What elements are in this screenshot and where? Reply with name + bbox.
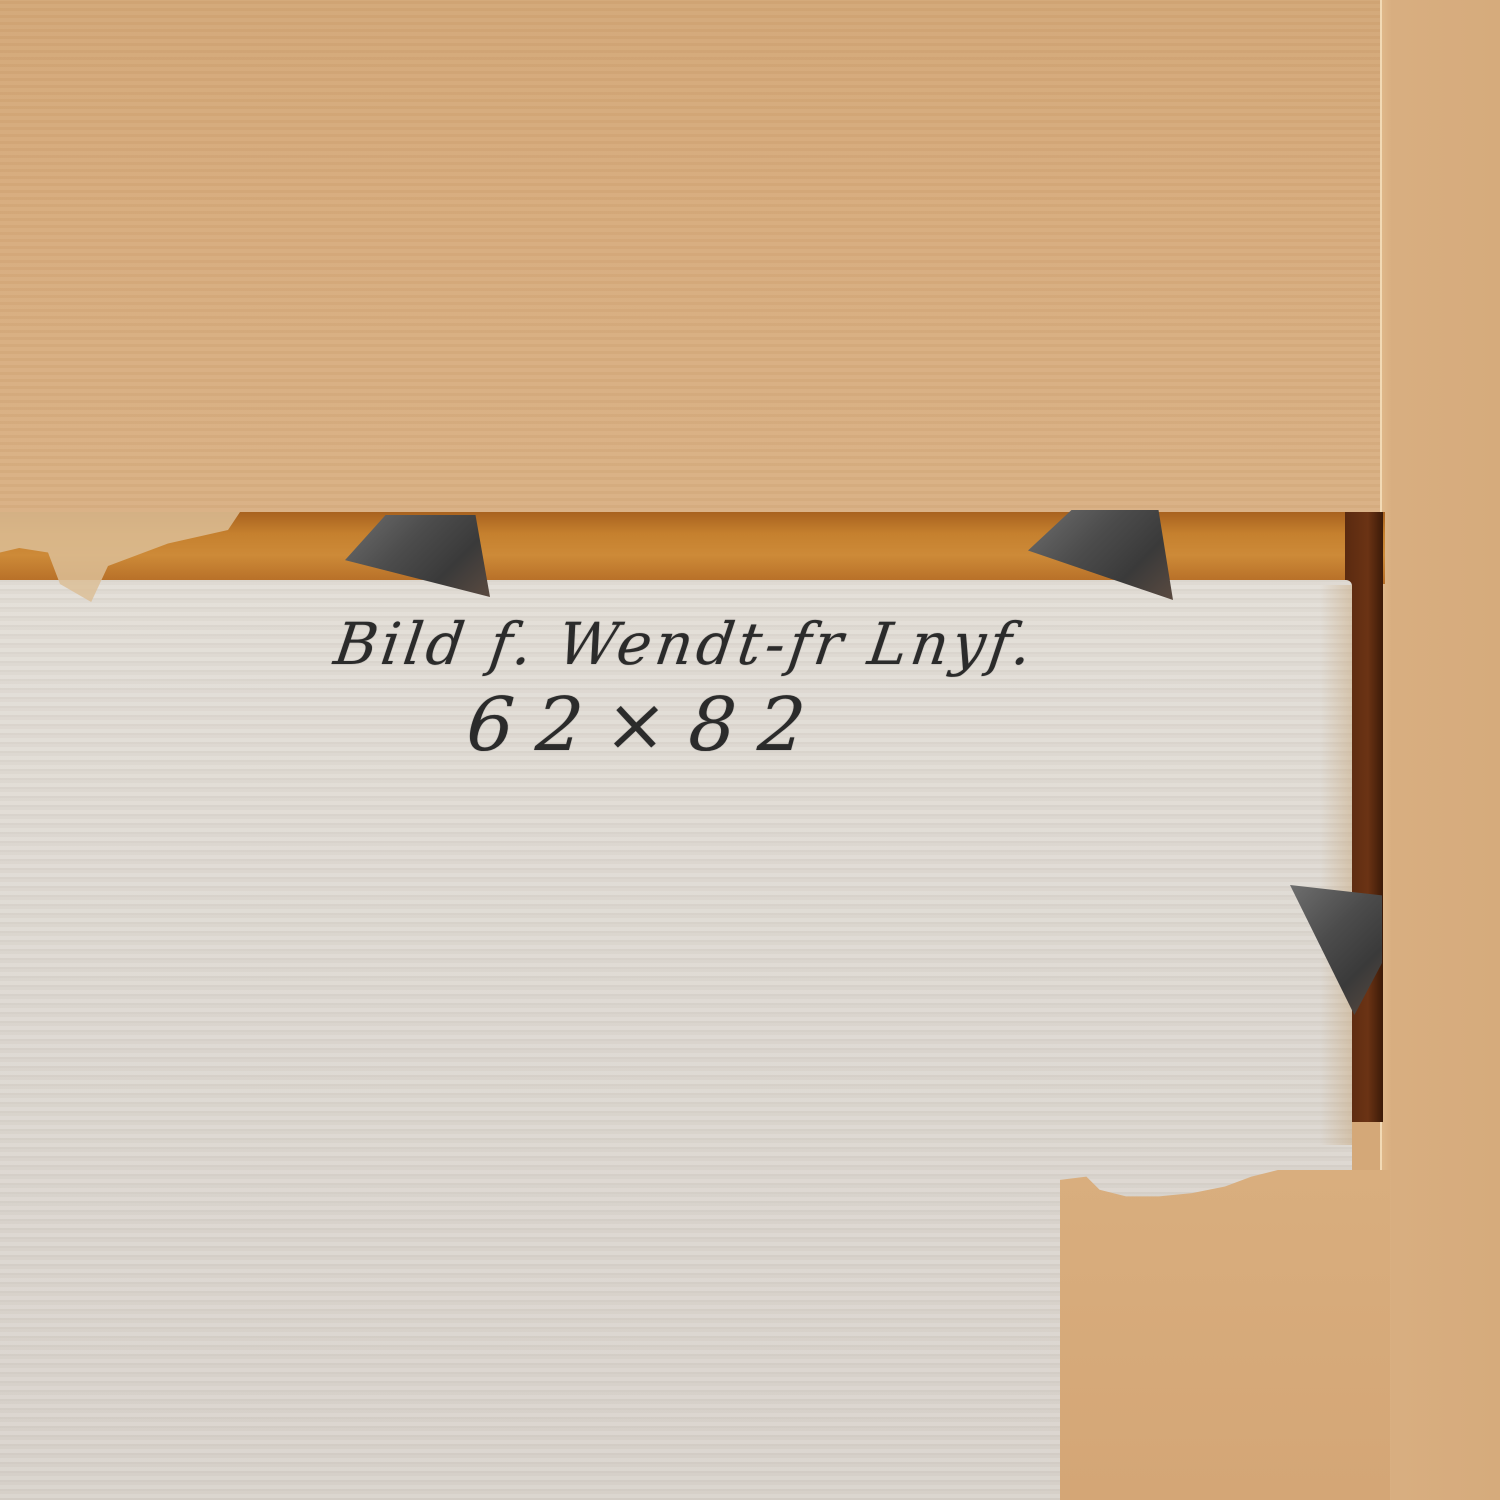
board-edge [1320, 585, 1352, 1145]
paper-tape-bottom-right [1060, 1170, 1390, 1500]
inscription-dimensions: 62×82 [464, 682, 1218, 768]
kraft-paper-backing-right [1380, 0, 1500, 1500]
inscription-title: Bild f. Wendt-fr Lnyf. [330, 610, 1220, 678]
kraft-paper-backing-top [0, 0, 1385, 515]
pencil-inscription: Bild f. Wendt-fr Lnyf. 62×82 [335, 610, 1215, 768]
